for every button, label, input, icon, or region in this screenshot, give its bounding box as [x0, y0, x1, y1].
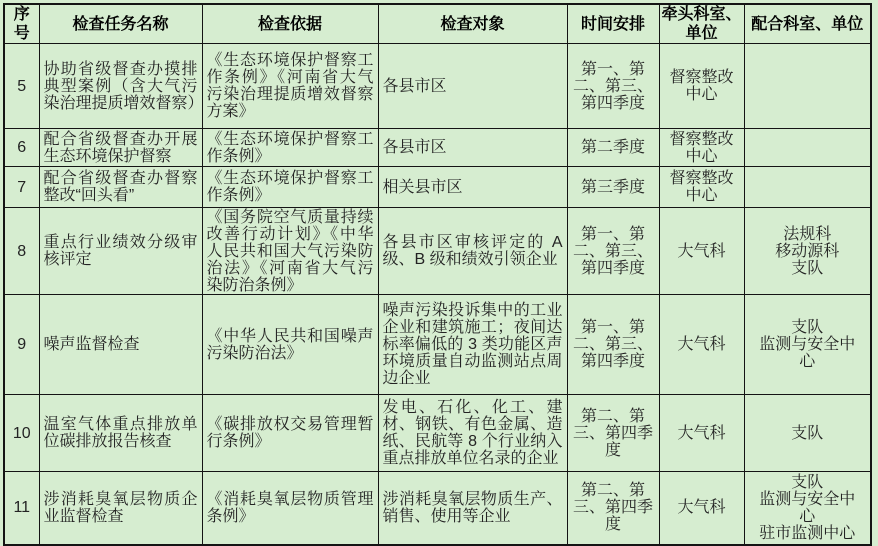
cell-lead-unit: 督察整改中心 — [659, 44, 744, 129]
cell-task-name: 重点行业绩效分级审核评定 — [39, 208, 202, 295]
column-header-target: 检查对象 — [378, 4, 567, 44]
cell-schedule: 第一、第二、第三、第四季度 — [567, 208, 659, 295]
cell-basis: 《国务院空气质量持续改善行动计划》《中华人民共和国大气污染防治法》《河南省大气污… — [202, 208, 378, 295]
cell-task-name: 配合省级督查办开展生态环境保护督察 — [39, 129, 202, 167]
cell-basis: 《生态环境保护督察工作条例》 — [202, 129, 378, 167]
cell-lead-unit: 督察整改中心 — [659, 129, 744, 167]
column-header-basis: 检查依据 — [202, 4, 378, 44]
cell-serial: 9 — [4, 295, 39, 395]
cell-target: 各县市区 — [378, 44, 567, 129]
cell-schedule: 第二、第三、第四季度 — [567, 472, 659, 545]
cell-target: 噪声污染投诉集中的工业企业和建筑施工；夜间达标率偏低的 3 类功能区声环境质量自… — [378, 295, 567, 395]
cell-lead-unit: 大气科 — [659, 395, 744, 472]
cell-serial: 8 — [4, 208, 39, 295]
cell-basis: 《碳排放权交易管理暂行条例》 — [202, 395, 378, 472]
column-header-schedule: 时间安排 — [567, 4, 659, 44]
cell-support-unit: 法规科 移动源科 支队 — [744, 208, 871, 295]
cell-schedule: 第一、第二、第三、第四季度 — [567, 44, 659, 129]
cell-lead-unit: 大气科 — [659, 472, 744, 545]
cell-serial: 10 — [4, 395, 39, 472]
cell-target: 发电、石化、化工、建材、钢铁、有色金属、造纸、民航等 8 个行业纳入重点排放单位… — [378, 395, 567, 472]
cell-task-name: 配合省级督查办督察整改“回头看” — [39, 167, 202, 208]
cell-serial: 6 — [4, 129, 39, 167]
cell-basis: 《生态环境保护督察工作条例》 — [202, 167, 378, 208]
cell-task-name: 温室气体重点排放单位碳排放报告核查 — [39, 395, 202, 472]
column-header-support-unit: 配合科室、单位 — [744, 4, 871, 44]
cell-lead-unit: 督察整改中心 — [659, 167, 744, 208]
cell-support-unit: 支队 — [744, 395, 871, 472]
column-header-lead-unit: 牵头科室、单位 — [659, 4, 744, 44]
cell-task-name: 协助省级督查办摸排典型案例（含大气污染治理提质增效督察） — [39, 44, 202, 129]
table-row-9: 9 噪声监督检查 《中华人民共和国噪声污染防治法》 噪声污染投诉集中的工业企业和… — [4, 295, 871, 395]
column-header-task-name: 检查任务名称 — [39, 4, 202, 44]
table-row-7: 7 配合省级督查办督察整改“回头看” 《生态环境保护督察工作条例》 相关县市区 … — [4, 167, 871, 208]
cell-schedule: 第二、第三、第四季度 — [567, 395, 659, 472]
cell-schedule: 第二季度 — [567, 129, 659, 167]
inspection-plan-table: 序号 检查任务名称 检查依据 检查对象 时间安排 牵头科室、单位 配合科室、单位… — [3, 3, 872, 546]
cell-task-name: 噪声监督检查 — [39, 295, 202, 395]
cell-schedule: 第一、第二、第三、第四季度 — [567, 295, 659, 395]
cell-target: 涉消耗臭氧层物质生产、销售、使用等企业 — [378, 472, 567, 545]
table-row-11: 11 涉消耗臭氧层物质企业监督检查 《消耗臭氧层物质管理条例》 涉消耗臭氧层物质… — [4, 472, 871, 545]
cell-schedule: 第三季度 — [567, 167, 659, 208]
cell-support-unit: 支队 监测与安全中心 驻市监测中心 — [744, 472, 871, 545]
table-row-5: 5 协助省级督查办摸排典型案例（含大气污染治理提质增效督察） 《生态环境保护督察… — [4, 44, 871, 129]
cell-support-unit — [744, 167, 871, 208]
cell-target: 各县市区审核评定的 A 级、B 级和绩效引领企业 — [378, 208, 567, 295]
cell-target: 相关县市区 — [378, 167, 567, 208]
table-row-6: 6 配合省级督查办开展生态环境保护督察 《生态环境保护督察工作条例》 各县市区 … — [4, 129, 871, 167]
cell-target: 各县市区 — [378, 129, 567, 167]
column-header-serial: 序号 — [4, 4, 39, 44]
cell-lead-unit: 大气科 — [659, 208, 744, 295]
cell-support-unit — [744, 44, 871, 129]
cell-serial: 11 — [4, 472, 39, 545]
cell-lead-unit: 大气科 — [659, 295, 744, 395]
cell-task-name: 涉消耗臭氧层物质企业监督检查 — [39, 472, 202, 545]
table-header-row: 序号 检查任务名称 检查依据 检查对象 时间安排 牵头科室、单位 配合科室、单位 — [4, 4, 871, 44]
cell-serial: 7 — [4, 167, 39, 208]
cell-basis: 《消耗臭氧层物质管理条例》 — [202, 472, 378, 545]
cell-support-unit: 支队 监测与安全中心 — [744, 295, 871, 395]
cell-serial: 5 — [4, 44, 39, 129]
cell-basis: 《生态环境保护督察工作条例》《河南省大气污染治理提质增效督察方案》 — [202, 44, 378, 129]
table-row-8: 8 重点行业绩效分级审核评定 《国务院空气质量持续改善行动计划》《中华人民共和国… — [4, 208, 871, 295]
cell-basis: 《中华人民共和国噪声污染防治法》 — [202, 295, 378, 395]
table-row-10: 10 温室气体重点排放单位碳排放报告核查 《碳排放权交易管理暂行条例》 发电、石… — [4, 395, 871, 472]
cell-support-unit — [744, 129, 871, 167]
